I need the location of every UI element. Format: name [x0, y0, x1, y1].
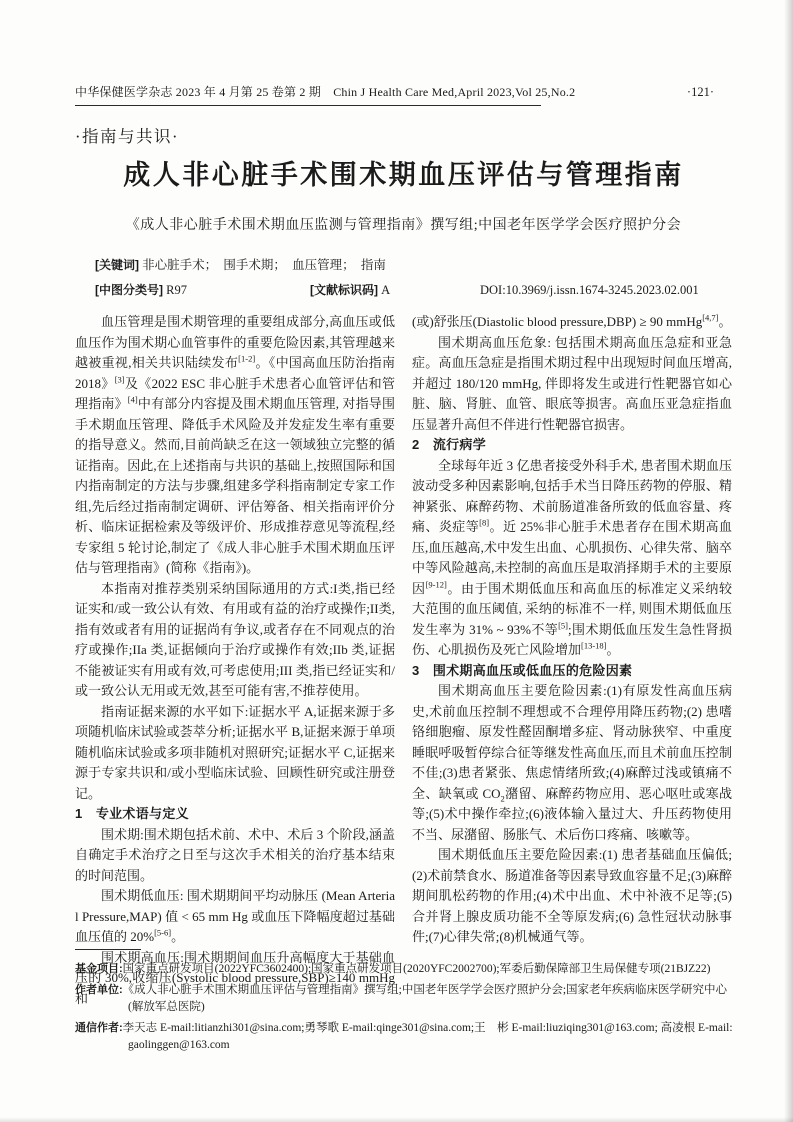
footnote-label: 通信作者:	[75, 1022, 123, 1034]
footnotes: 基金项目:国家重点研发项目(2022YFC3602400);国家重点研发项目(2…	[75, 961, 735, 1054]
scan-edge-right	[784, 0, 793, 1122]
authors-line: 《成人非心脏手术围术期血压监测与管理指南》撰写组;中国老年医学学会医疗照护分会	[75, 214, 732, 234]
scan-edge-bottom	[0, 1117, 793, 1122]
footnote-rule	[75, 949, 141, 950]
page-header: 中华保健医学杂志 2023 年 4 月第 25 卷第 2 期 Chin J He…	[75, 0, 732, 106]
paragraph: 围术期高血压主要危险因素:(1)有原发性高血压病史,术前血压控制不理想或不合理停…	[412, 681, 732, 845]
paragraph: 全球每年近 3 亿患者接受外科手术, 患者围术期血压波动受多种因素影响,包括手术…	[412, 456, 732, 661]
column-tag: ·指南与共识·	[75, 123, 732, 147]
paragraph: 围术期低血压: 围术期期间平均动脉压 (Mean Arterial Pressu…	[75, 886, 395, 948]
paragraph: (或)舒张压(Diastolic blood pressure,DBP) ≥ 9…	[412, 312, 732, 333]
paragraph: 围术期低血压主要危险因素:(1) 患者基础血压偏低;(2)术前禁食水、肠道准备等…	[412, 845, 732, 948]
section-heading: 3 围术期高血压或低血压的危险因素	[412, 661, 732, 682]
keywords-value: 非心脏手术； 围手术期； 血压管理； 指南	[142, 258, 386, 272]
clc-field: [中图分类号] R97	[95, 278, 310, 303]
footnote-text: 国家重点研发项目(2022YFC3602400);国家重点研发项目(2020YF…	[123, 963, 711, 975]
header-rule	[75, 105, 541, 106]
keywords-line: [关键词] 非心脏手术； 围手术期； 血压管理； 指南	[95, 253, 732, 278]
footnote-text: 李天志 E-mail:litianzhi301@sina.com;勇琴歌 E-m…	[123, 1022, 733, 1051]
classification-line: [中图分类号] R97 [文献标识码] A DOI:10.3969/j.issn…	[95, 278, 732, 303]
footnote-label: 基金项目:	[75, 963, 123, 975]
footnote: 作者单位:《成人非心脏手术围术期血压评估与管理指南》撰写组;中国老年医学学会医疗…	[75, 982, 735, 1016]
footnote-text: 《成人非心脏手术围术期血压评估与管理指南》撰写组;中国老年医学学会医疗照护分会;…	[123, 984, 727, 1013]
paragraph: 本指南对推荐类别采纳国际通用的方式:I类,指已经证实和/或一致公认有效、有用或有…	[75, 579, 395, 702]
journal-page: 中华保健医学杂志 2023 年 4 月第 25 卷第 2 期 Chin J He…	[0, 0, 793, 1122]
doc-code-field: [文献标识码] A	[310, 278, 480, 303]
clc-label: [中图分类号]	[95, 283, 163, 297]
footnote-area: 基金项目:国家重点研发项目(2022YFC3602400);国家重点研发项目(2…	[75, 949, 735, 1058]
keywords-label: [关键词]	[95, 258, 139, 272]
doc-code-value: A	[381, 283, 390, 297]
right-column: (或)舒张压(Diastolic blood pressure,DBP) ≥ 9…	[412, 312, 732, 1009]
doc-code-label: [文献标识码]	[310, 283, 378, 297]
footnote: 通信作者:李天志 E-mail:litianzhi301@sina.com;勇琴…	[75, 1020, 735, 1054]
article-title: 成人非心脏手术围术期血压评估与管理指南	[75, 157, 732, 193]
left-column: 血压管理是围术期管理的重要组成部分,高血压或低血压作为围术期心血管事件的重要危险…	[75, 312, 395, 1009]
paragraph: 围术期:围术期包括术前、术中、术后 3 个阶段,涵盖自确定手术治疗之日至与这次手…	[75, 825, 395, 887]
footnote-label: 作者单位:	[75, 984, 123, 996]
page-number: ·121·	[687, 84, 714, 100]
article-body: 血压管理是围术期管理的重要组成部分,高血压或低血压作为围术期心血管事件的重要危险…	[75, 312, 732, 1009]
paragraph: 血压管理是围术期管理的重要组成部分,高血压或低血压作为围术期心血管事件的重要危险…	[75, 312, 395, 579]
section-heading: 2 流行病学	[412, 435, 732, 456]
clc-value: R97	[166, 283, 187, 297]
doi: DOI:10.3969/j.issn.1674-3245.2023.02.001	[480, 278, 732, 303]
page-content: 中华保健医学杂志 2023 年 4 月第 25 卷第 2 期 Chin J He…	[75, 0, 732, 1009]
paragraph: 指南证据来源的水平如下:证据水平 A,证据来源于多项随机临床试验或荟萃分析;证据…	[75, 702, 395, 805]
journal-issue-line: 中华保健医学杂志 2023 年 4 月第 25 卷第 2 期 Chin J He…	[75, 84, 575, 100]
footnote: 基金项目:国家重点研发项目(2022YFC3602400);国家重点研发项目(2…	[75, 961, 735, 978]
paragraph: 围术期高血压危象: 包括围术期高血压急症和亚急症。高血压急症是指围术期过程中出现…	[412, 333, 732, 436]
meta-block: [关键词] 非心脏手术； 围手术期； 血压管理； 指南 [中图分类号] R97 …	[75, 253, 732, 303]
section-heading: 1 专业术语与定义	[75, 804, 395, 825]
